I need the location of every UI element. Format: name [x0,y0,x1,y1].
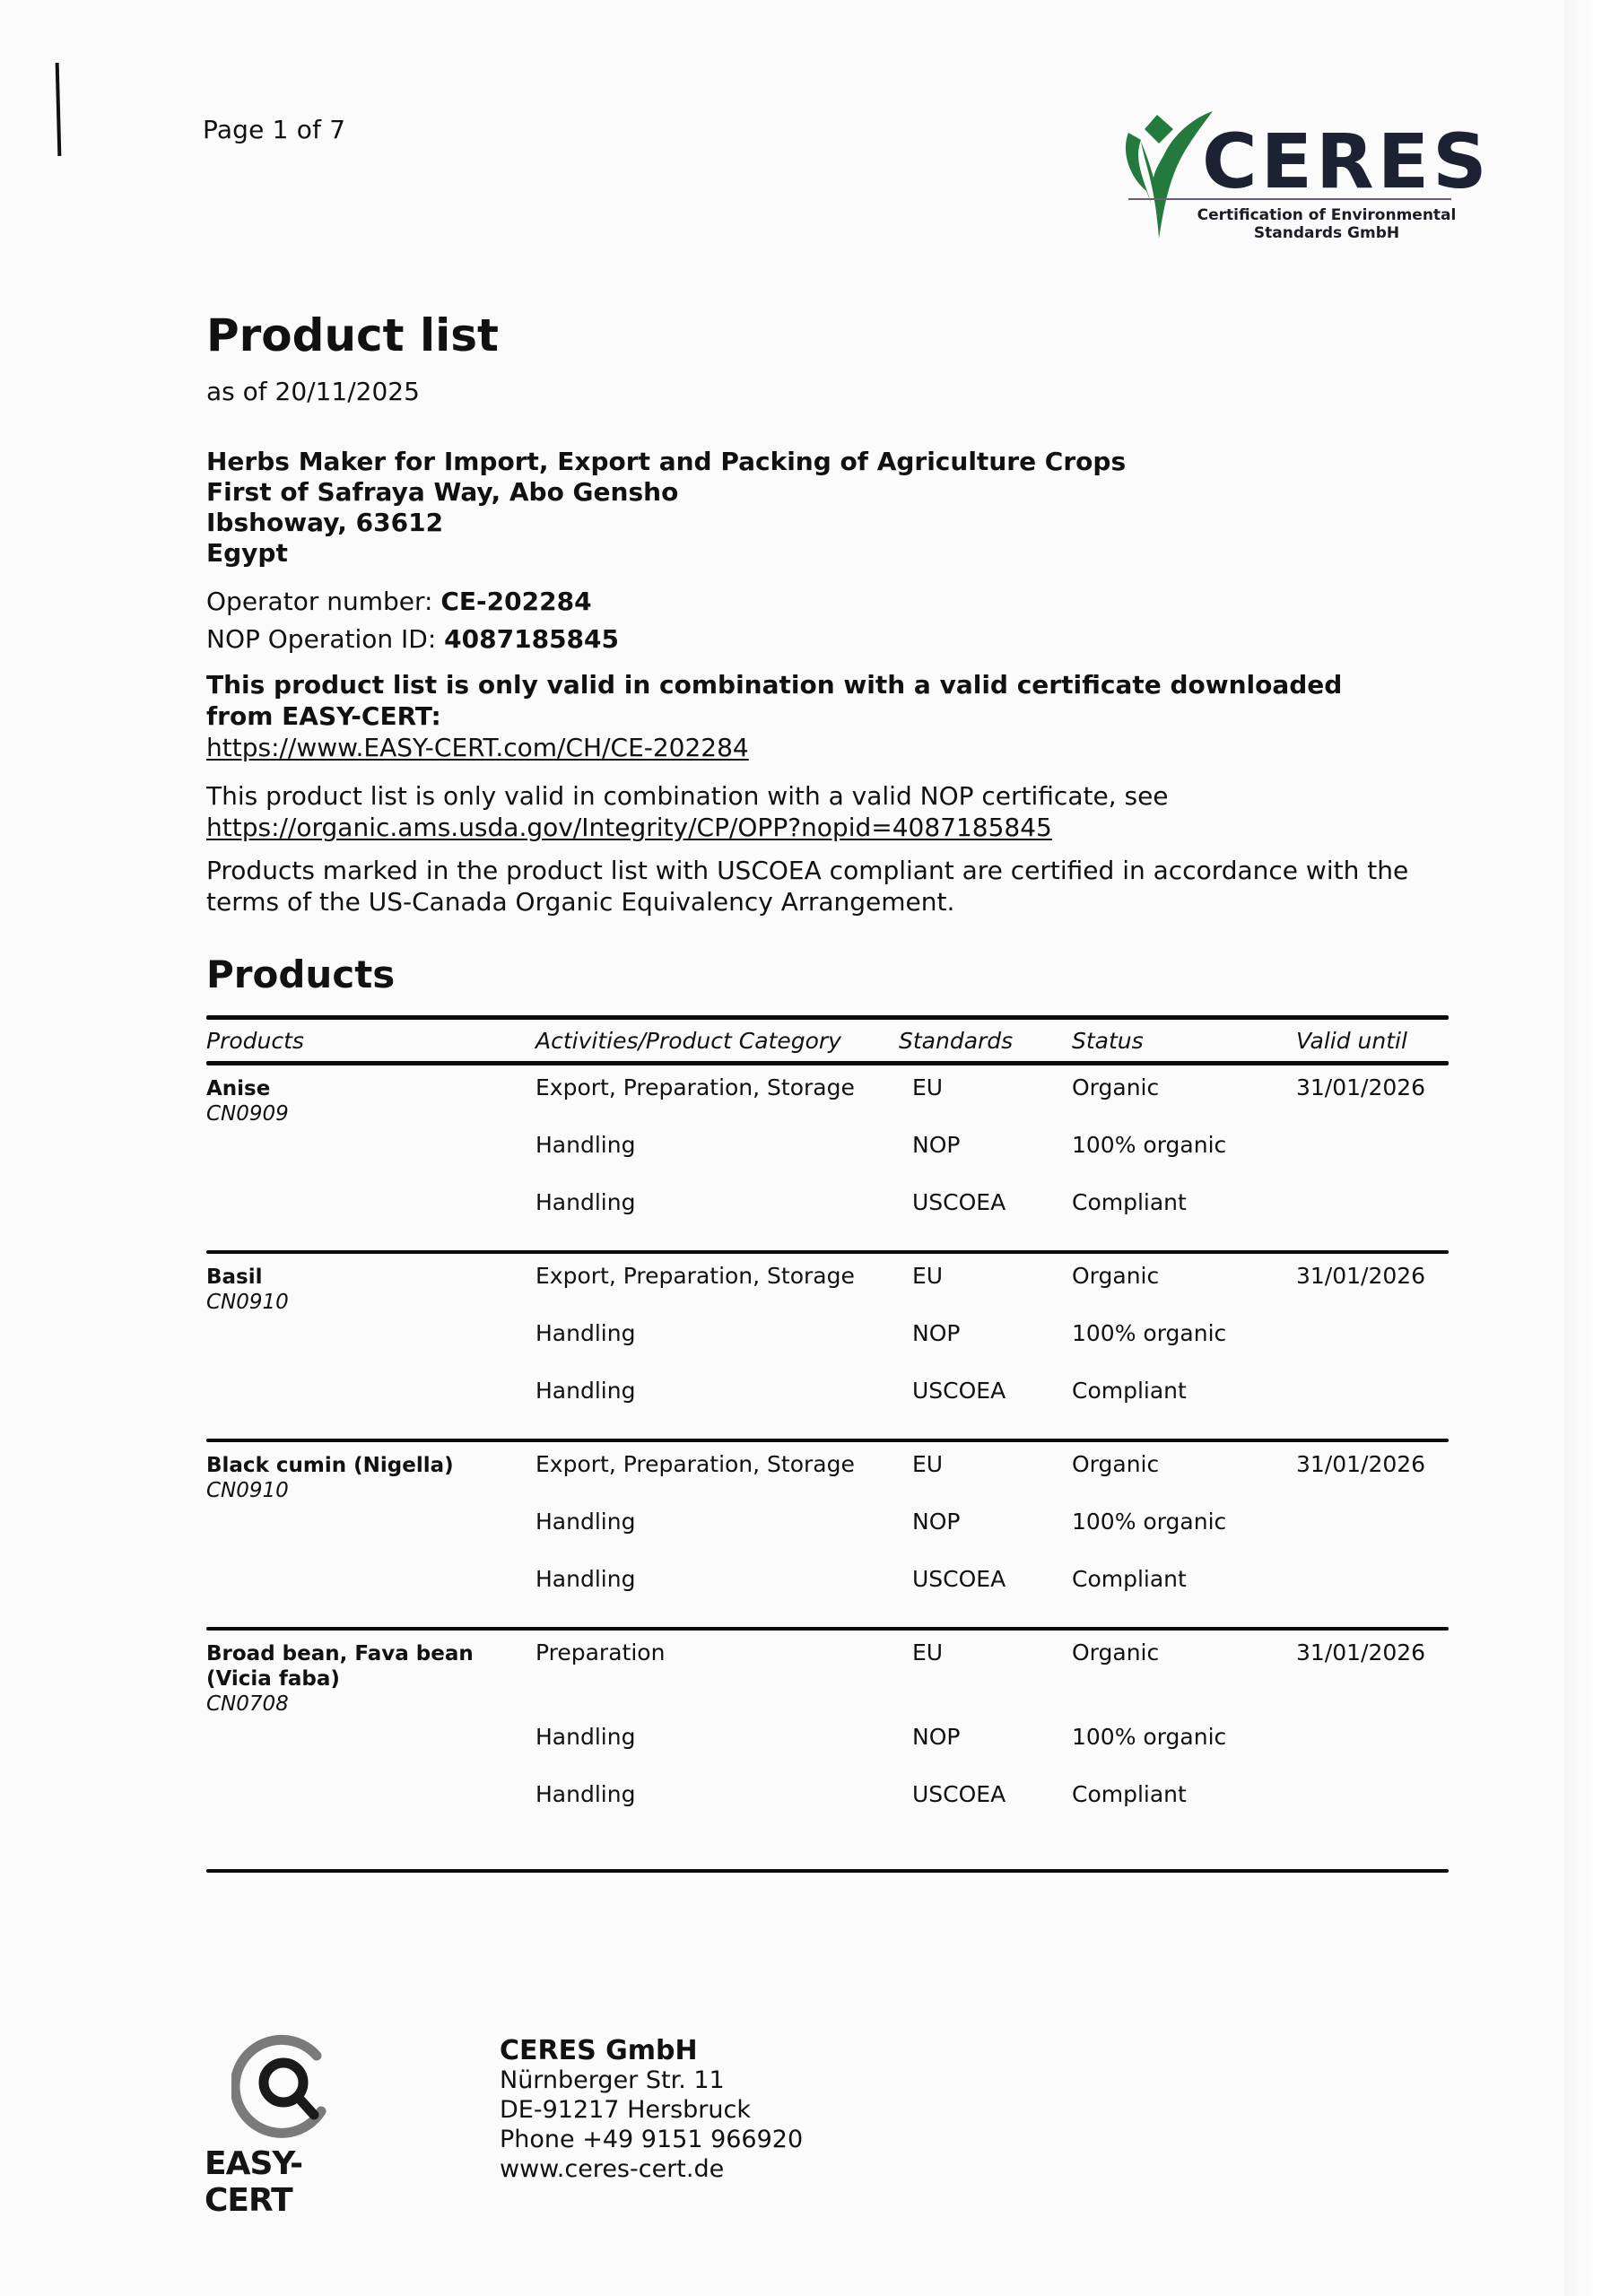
activity-cell: Handling [535,1507,899,1564]
product-name: Basil [206,1265,502,1290]
product-name: Broad bean, Fava bean (Vicia faba) [206,1641,502,1692]
standard-cell: USCOEA [899,1779,1072,1837]
status-cell: Organic [1072,1073,1296,1130]
page-number: Page 1 of 7 [203,115,345,144]
nop-notice-text: This product list is only valid in combi… [206,780,1462,812]
uscoea-notice: Products marked in the product list with… [206,855,1453,918]
activity-cell: Handling [535,1130,899,1187]
footer-phone: Phone +49 9151 966920 [500,2125,803,2154]
products-table: Products Activities/Product Category Sta… [206,1015,1449,1873]
operator-address: Herbs Maker for Import, Export and Packi… [206,447,1126,569]
activity-cell: Handling [535,1376,899,1433]
standards-column: EUNOPUSCOEA [899,1261,1072,1433]
product-cell: Basil CN0910 [206,1261,535,1433]
valid-until-column: 31/01/2026 [1296,1261,1449,1433]
status-cell: Organic [1072,1449,1296,1507]
ceres-logo: CERES Certification of Environmental Sta… [1119,106,1451,249]
standard-cell: EU [899,1073,1072,1130]
activities-column: PreparationHandlingHandling [535,1638,899,1837]
logo-rule [1128,198,1451,200]
footer-address: CERES GmbH Nürnberger Str. 11 DE-91217 H… [500,2036,803,2184]
scan-artifact-mark [56,63,62,156]
product-grid: Broad bean, Fava bean (Vicia faba) CN070… [206,1631,1449,1869]
footer-city: DE-91217 Hersbruck [500,2095,803,2125]
standard-cell: NOP [899,1722,1072,1779]
product-code: CN0910 [206,1478,535,1503]
col-header-products: Products [206,1028,535,1054]
product-grid: Anise CN0909 Export, Preparation, Storag… [206,1065,1449,1250]
standards-column: EUNOPUSCOEA [899,1638,1072,1837]
valid-until-cell: 31/01/2026 [1296,1261,1449,1318]
products-heading: Products [206,952,395,996]
footer-website[interactable]: www.ceres-cert.de [500,2154,803,2184]
status-cell: Compliant [1072,1779,1296,1837]
easycert-notice: This product list is only valid in combi… [206,669,1462,763]
operator-ids: Operator number: CE-202284 NOP Operation… [206,583,619,658]
footer-company: CERES GmbH [500,2036,803,2066]
product-row: Anise CN0909 Export, Preparation, Storag… [206,1065,1449,1254]
activities-column: Export, Preparation, StorageHandlingHand… [535,1073,899,1245]
standard-cell: USCOEA [899,1376,1072,1433]
standard-cell: USCOEA [899,1187,1072,1245]
standard-cell: EU [899,1638,1072,1722]
activity-cell: Preparation [535,1638,899,1722]
table-header: Products Activities/Product Category Sta… [206,1020,1449,1061]
nop-link[interactable]: https://organic.ams.usda.gov/Integrity/C… [206,813,1052,842]
activity-cell: Handling [535,1318,899,1376]
operator-number-value: CE-202284 [440,587,591,616]
easycert-logo: EASY-CERT [205,2029,375,2181]
easycert-label: EASY-CERT [205,2145,375,2219]
col-header-standards: Standards [899,1028,1072,1054]
product-grid: Black cumin (Nigella) CN0910 Export, Pre… [206,1442,1449,1627]
product-cell: Anise CN0909 [206,1073,535,1245]
product-row: Black cumin (Nigella) CN0910 Export, Pre… [206,1442,1449,1631]
col-header-activities: Activities/Product Category [535,1028,899,1054]
product-code: CN0909 [206,1101,535,1126]
easycert-notice-text: This product list is only valid in combi… [206,669,1372,732]
status-cell: 100% organic [1072,1318,1296,1376]
nop-id-value: 4087185845 [444,624,619,654]
ceres-subtitle: Certification of Environmental Standards… [1197,206,1457,242]
row-rule [206,1869,1449,1873]
footer-street: Nürnberger Str. 11 [500,2066,803,2095]
col-header-valid-until: Valid until [1296,1028,1449,1054]
standard-cell: EU [899,1449,1072,1507]
status-cell: Compliant [1072,1187,1296,1245]
valid-until-cell: 31/01/2026 [1296,1073,1449,1130]
status-cell: Organic [1072,1638,1296,1722]
ceres-wordmark: CERES [1202,124,1491,199]
product-grid: Basil CN0910 Export, Preparation, Storag… [206,1254,1449,1439]
address-line: First of Safraya Way, Abo Gensho [206,477,1126,508]
activity-cell: Handling [535,1722,899,1779]
standard-cell: NOP [899,1130,1072,1187]
valid-until-cell: 31/01/2026 [1296,1449,1449,1507]
status-cell: Organic [1072,1261,1296,1318]
valid-until-column: 31/01/2026 [1296,1638,1449,1837]
product-cell: Black cumin (Nigella) CN0910 [206,1449,535,1622]
activity-cell: Handling [535,1779,899,1837]
product-code: CN0910 [206,1290,535,1315]
page-edge-shadow [1564,0,1602,2296]
standards-column: EUNOPUSCOEA [899,1449,1072,1622]
address-line: Ibshoway, 63612 [206,508,1126,538]
status-column: Organic100% organicCompliant [1072,1261,1296,1433]
standard-cell: EU [899,1261,1072,1318]
ceres-subtitle-line1: Certification of Environmental [1197,206,1457,224]
product-row: Broad bean, Fava bean (Vicia faba) CN070… [206,1631,1449,1873]
status-cell: 100% organic [1072,1507,1296,1564]
product-row: Basil CN0910 Export, Preparation, Storag… [206,1254,1449,1442]
product-name: Anise [206,1076,502,1101]
status-column: Organic100% organicCompliant [1072,1073,1296,1245]
activity-cell: Export, Preparation, Storage [535,1261,899,1318]
activities-column: Export, Preparation, StorageHandlingHand… [535,1261,899,1433]
valid-until-column: 31/01/2026 [1296,1073,1449,1245]
magnifier-icon [231,2029,339,2141]
col-header-status: Status [1072,1028,1296,1054]
product-rows: Anise CN0909 Export, Preparation, Storag… [206,1065,1449,1873]
product-name: Black cumin (Nigella) [206,1453,502,1478]
status-column: Organic100% organicCompliant [1072,1638,1296,1837]
status-column: Organic100% organicCompliant [1072,1449,1296,1622]
address-line: Egypt [206,538,1126,569]
standard-cell: USCOEA [899,1564,1072,1622]
standard-cell: NOP [899,1318,1072,1376]
product-cell: Broad bean, Fava bean (Vicia faba) CN070… [206,1638,535,1837]
nop-notice: This product list is only valid in combi… [206,780,1462,843]
nop-id-row: NOP Operation ID: 4087185845 [206,621,619,658]
easycert-link[interactable]: https://www.EASY-CERT.com/CH/CE-202284 [206,733,749,762]
activity-cell: Export, Preparation, Storage [535,1449,899,1507]
page-title: Product list [206,309,499,361]
status-cell: Compliant [1072,1376,1296,1433]
address-line: Herbs Maker for Import, Export and Packi… [206,447,1126,477]
activity-cell: Handling [535,1564,899,1622]
operator-number-label: Operator number: [206,587,432,616]
standard-cell: NOP [899,1507,1072,1564]
ceres-subtitle-line2: Standards GmbH [1197,224,1457,242]
nop-id-label: NOP Operation ID: [206,624,436,654]
status-cell: 100% organic [1072,1722,1296,1779]
product-code: CN0708 [206,1692,535,1717]
status-cell: 100% organic [1072,1130,1296,1187]
activity-cell: Handling [535,1187,899,1245]
as-of-date: as of 20/11/2025 [206,377,420,406]
standards-column: EUNOPUSCOEA [899,1073,1072,1245]
activity-cell: Export, Preparation, Storage [535,1073,899,1130]
valid-until-column: 31/01/2026 [1296,1449,1449,1622]
status-cell: Compliant [1072,1564,1296,1622]
valid-until-cell: 31/01/2026 [1296,1638,1449,1695]
operator-number-row: Operator number: CE-202284 [206,583,619,621]
activities-column: Export, Preparation, StorageHandlingHand… [535,1449,899,1622]
